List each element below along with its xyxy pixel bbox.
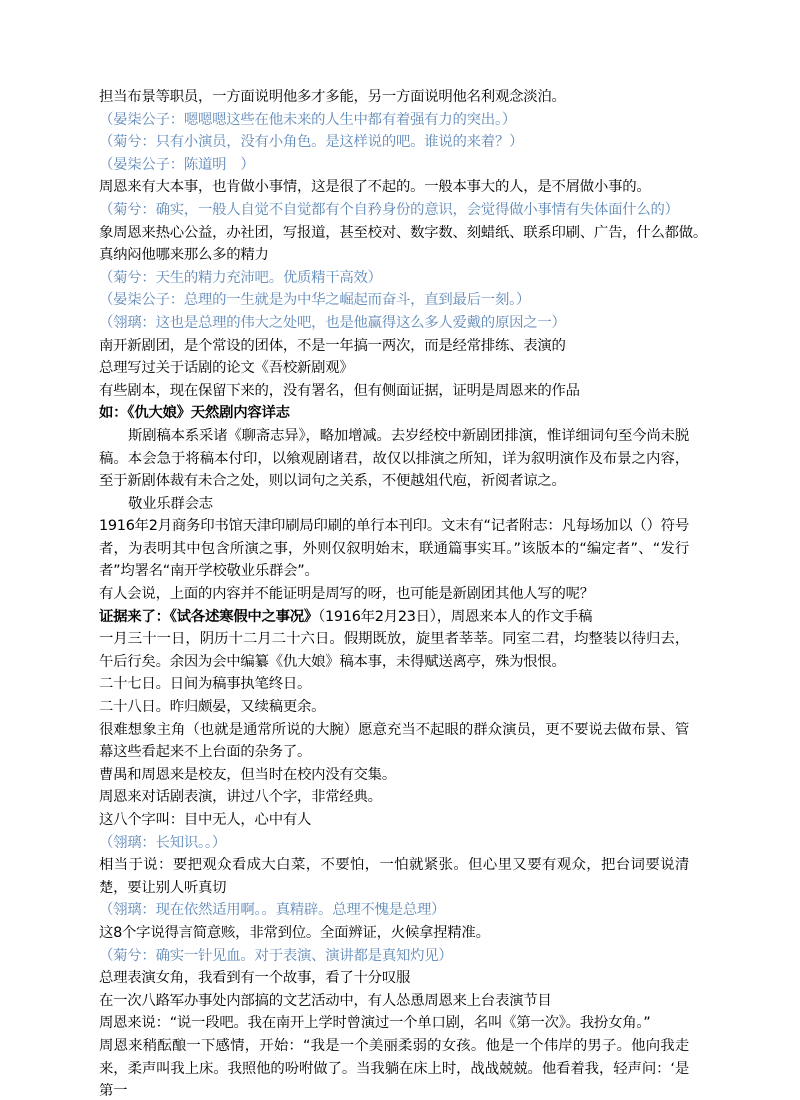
body-line: 总理表演女角，我看到有一个故事，看了十分叹服 bbox=[99, 967, 689, 990]
comment-line: （菊兮：只有小演员，没有小角色。是这样说的吧。谁说的来着？） bbox=[99, 131, 689, 154]
body-line: 有人会说，上面的内容并不能证明是周写的呀，也可能是新剧团其他人写的呢？ bbox=[99, 583, 689, 606]
evidence-prefix: 证据来了： bbox=[99, 609, 170, 625]
comment-line: （菊兮：确实一针见血。对于表演、演讲都是真知灼见） bbox=[99, 945, 689, 968]
evidence-title: 《试各述寒假中之事况》 bbox=[170, 609, 318, 625]
document-page: 担当布景等职员，一方面说明他多才多能，另一方面说明他名利观念淡泊。 （晏柒公子：… bbox=[99, 86, 689, 1100]
evidence-suffix: （1916年2月23日），周恩来本人的作文手稿 bbox=[318, 609, 592, 625]
story-paragraph: 周恩来稍酝酿一下感情，开始：“我是一个美丽柔弱的女孩。他是一个伟岸的男子。他向我… bbox=[99, 1035, 689, 1100]
comment-line: （菊兮：天生的精力充沛吧。优质精干高效） bbox=[99, 267, 689, 290]
quote-paragraph: 斯剧稿本系采诸《聊斋志异》，略加增减。去岁经校中新剧团排演，惟详细词句至今尚未脱… bbox=[99, 425, 689, 493]
body-line: 这8个字说得言简意赅，非常到位。全面辨证，火候拿捏精准。 bbox=[99, 922, 689, 945]
body-line: 周恩来有大本事，也肯做小事情，这是很了不起的。一般本事大的人，是不屑做小事的。 bbox=[99, 176, 689, 199]
body-line: 象周恩来热心公益，办社团，写报道，甚至校对、数字数、刻蜡纸、联系印刷、广告，什么… bbox=[99, 222, 689, 245]
body-line: 曹禺和周恩来是校友，但当时在校内没有交集。 bbox=[99, 764, 689, 787]
comment-line: （翎璃：这也是总理的伟大之处吧，也是他赢得这么多人爱戴的原因之一） bbox=[99, 312, 689, 335]
comment-line: （菊兮：确实，一般人自觉不自觉都有个自矜身份的意识，会觉得做小事情有失体面什么的… bbox=[99, 199, 689, 222]
diary-paragraph: 一月三十一日，阴历十二月二十六日。假期既放，旋里者莘莘。同室二君，均整装以待归去… bbox=[99, 628, 689, 673]
section-heading: 如：《仇大娘》天然剧内容详志 bbox=[99, 402, 689, 425]
comment-line: （翎璃：长知识。。） bbox=[99, 832, 689, 855]
lead-role-paragraph: 很难想象主角（也就是通常所说的大腕）愿意充当不起眼的群众演员，更不要说去做布景、… bbox=[99, 719, 689, 764]
body-line: 真纳闷他哪来那么多的精力 bbox=[99, 244, 689, 267]
body-line: 在一次八路军办事处内部搞的文艺活动中，有人怂恿周恩来上台表演节目 bbox=[99, 990, 689, 1013]
evidence-line: 证据来了：《试各述寒假中之事况》（1916年2月23日），周恩来本人的作文手稿 bbox=[99, 606, 689, 629]
body-line: 二十七日。日间为稿事执笔终日。 bbox=[99, 673, 689, 696]
body-line: 周恩来对话剧表演，讲过八个字，非常经典。 bbox=[99, 786, 689, 809]
body-line: 有些剧本，现在保留下来的，没有署名，但有侧面证据，证明是周恩来的作品 bbox=[99, 380, 689, 403]
body-line: 南开新剧团，是个常设的团体，不是一年搞一两次，而是经常排练、表演的 bbox=[99, 335, 689, 358]
body-line: 担当布景等职员，一方面说明他多才多能，另一方面说明他名利观念淡泊。 bbox=[99, 86, 689, 109]
comment-line: （翎璃：现在依然适用啊。。真精辟。总理不愧是总理） bbox=[99, 899, 689, 922]
comment-line: （晏柒公子：总理的一生就是为中华之崛起而奋斗，直到最后一刻。） bbox=[99, 289, 689, 312]
body-line: 二十八日。昨归颇晏，又续稿更余。 bbox=[99, 696, 689, 719]
body-line: 这八个字叫：目中无人，心中有人 bbox=[99, 809, 689, 832]
quote-signature: 敬业乐群会志 bbox=[99, 493, 689, 516]
publication-paragraph: 1916年2月商务印书馆天津印刷局印刷的单行本刊印。文末有“记者附志：凡每场加以… bbox=[99, 515, 689, 583]
body-line: 周恩来说：“说一段吧。我在南开上学时曾演过一个单口剧，名叫《第一次》。我扮女角。… bbox=[99, 1012, 689, 1035]
comment-line: （晏柒公子：陈道明 ） bbox=[99, 154, 689, 177]
comment-line: （晏柒公子：嗯嗯嗯这些在他未来的人生中都有着强有力的突出。） bbox=[99, 109, 689, 132]
meaning-paragraph: 相当于说：要把观众看成大白菜，不要怕，一怕就紧张。但心里又要有观众，把台词要说清… bbox=[99, 854, 689, 899]
body-line: 总理写过关于话剧的论文《吾校新剧观》 bbox=[99, 357, 689, 380]
